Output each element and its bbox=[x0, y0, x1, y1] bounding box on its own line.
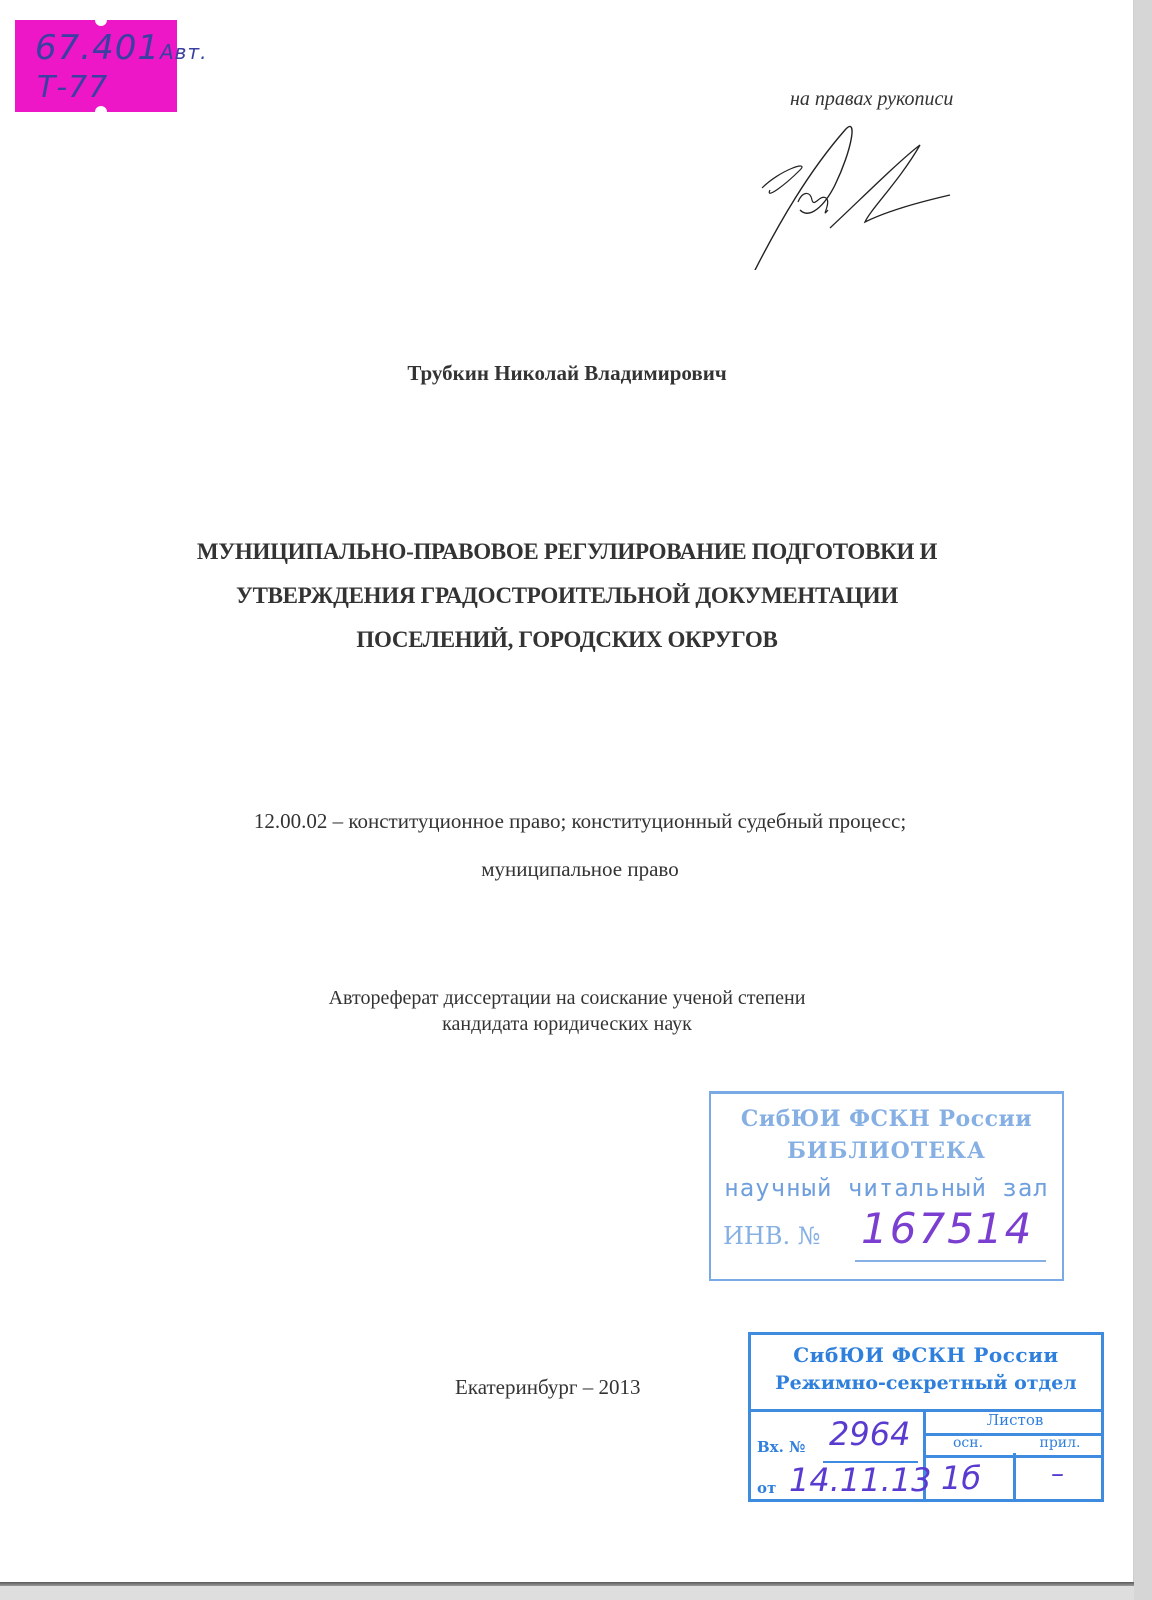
degree-statement: Автореферат диссертации на соискание уче… bbox=[0, 985, 1134, 1037]
registry-stamp-org: СибЮИ ФСКН России bbox=[751, 1343, 1101, 1367]
scanner-background-right bbox=[1134, 0, 1152, 1600]
signature-icon bbox=[740, 110, 970, 270]
title-line: УТВЕРЖДЕНИЯ ГРАДОСТРОИТЕЛЬНОЙ ДОКУМЕНТАЦ… bbox=[60, 574, 1074, 618]
stamp-divider bbox=[923, 1455, 1101, 1458]
sticker-code-suffix: Авт. bbox=[160, 40, 207, 64]
main-sheets-label: осн. bbox=[923, 1435, 1013, 1451]
scanner-background-bottom bbox=[0, 1586, 1152, 1600]
author-name: Трубкин Николай Владимирович bbox=[0, 361, 1134, 386]
date-value: 14.11.13 bbox=[789, 1461, 932, 1499]
library-sticker: 67.401Авт. Т-77 bbox=[15, 20, 177, 112]
library-stamp-org: СибЮИ ФСКН России bbox=[711, 1106, 1062, 1132]
sticker-code: 67.401 bbox=[35, 28, 160, 68]
registry-stamp-dept: Режимно-секретный отдел bbox=[751, 1372, 1101, 1394]
registry-stamp: СибЮИ ФСКН России Режимно-секретный отде… bbox=[748, 1332, 1104, 1502]
sticker-notch bbox=[95, 14, 107, 26]
title-line: МУНИЦИПАЛЬНО-ПРАВОВОЕ РЕГУЛИРОВАНИЕ ПОДГ… bbox=[60, 530, 1074, 574]
sheets-label: Листов bbox=[923, 1411, 1107, 1429]
incoming-label: Вх. № bbox=[757, 1438, 805, 1456]
degree-line: Автореферат диссертации на соискание уче… bbox=[0, 985, 1134, 1011]
degree-line: кандидата юридических наук bbox=[0, 1011, 1134, 1037]
inventory-underline bbox=[855, 1260, 1046, 1262]
document-page: 67.401Авт. Т-77 на правах рукописи Трубк… bbox=[0, 0, 1134, 1584]
rights-note: на правах рукописи bbox=[790, 88, 953, 111]
city-year: Екатеринбург – 2013 bbox=[455, 1375, 640, 1400]
main-sheets-value: 1б bbox=[941, 1459, 981, 1497]
library-stamp-room: научный читальный зал bbox=[711, 1174, 1062, 1202]
specialty-code: 12.00.02 – конституционное право; консти… bbox=[100, 797, 1060, 893]
incoming-number: 2964 bbox=[829, 1415, 910, 1453]
specialty-line: муниципальное право bbox=[100, 845, 1060, 893]
inventory-label: ИНВ. № bbox=[723, 1222, 820, 1250]
dissertation-title: МУНИЦИПАЛЬНО-ПРАВОВОЕ РЕГУЛИРОВАНИЕ ПОДГ… bbox=[60, 530, 1074, 662]
inventory-number: 167514 bbox=[861, 1204, 1033, 1253]
stamp-divider bbox=[1013, 1453, 1016, 1499]
sticker-code-line1: 67.401Авт. bbox=[35, 28, 207, 68]
date-underline bbox=[785, 1500, 919, 1502]
sticker-code-line2: Т-77 bbox=[37, 70, 108, 105]
appendix-sheets-value: – bbox=[1051, 1459, 1064, 1489]
sticker-notch bbox=[95, 106, 107, 118]
date-label: от bbox=[757, 1479, 776, 1497]
appendix-sheets-label: прил. bbox=[1013, 1435, 1107, 1451]
specialty-line: 12.00.02 – конституционное право; консти… bbox=[100, 797, 1060, 845]
title-line: ПОСЕЛЕНИЙ, ГОРОДСКИХ ОКРУГОВ bbox=[60, 618, 1074, 662]
library-stamp: СибЮИ ФСКН России БИБЛИОТЕКА научный чит… bbox=[709, 1091, 1064, 1281]
library-stamp-dept: БИБЛИОТЕКА bbox=[711, 1138, 1062, 1164]
